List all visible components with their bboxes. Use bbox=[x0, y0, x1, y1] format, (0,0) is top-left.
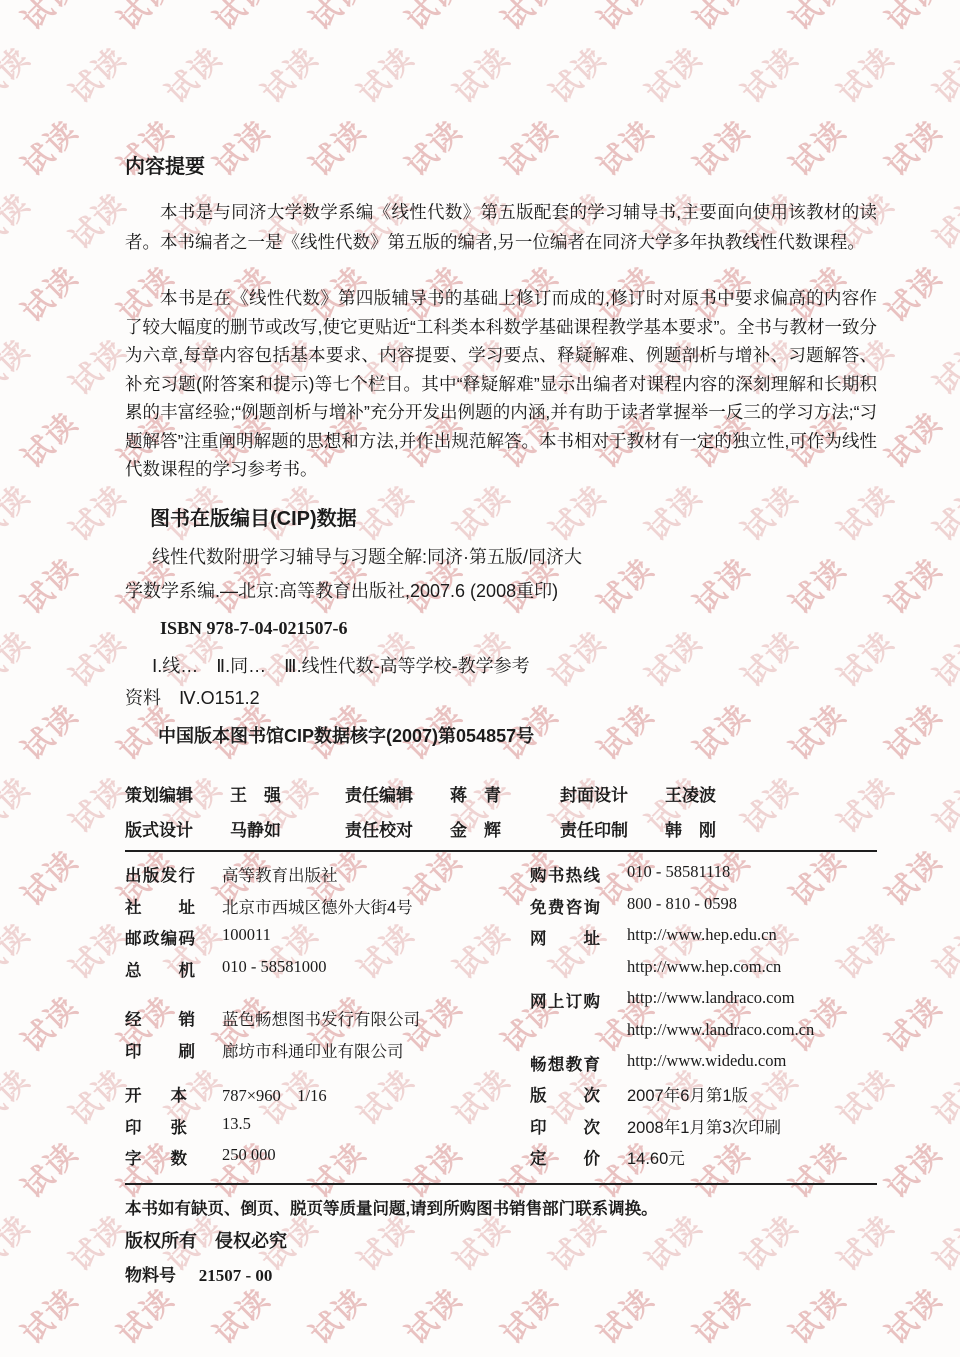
info-label: 出版发行 bbox=[125, 862, 195, 886]
watermark-text: 试读 bbox=[58, 35, 134, 111]
watermark-text: 试读 bbox=[490, 108, 566, 184]
website-url: http://www.landraco.com bbox=[627, 988, 795, 1007]
website-url: http://www.widedu.com bbox=[627, 1051, 786, 1070]
watermark-text: 试读 bbox=[10, 400, 86, 476]
watermark-text: 试读 bbox=[490, 1276, 566, 1352]
cip-description-line2: 学数学系编.—北京:高等教育出版社,2007.6 (2008重印) bbox=[125, 574, 745, 608]
watermark-text: 试读 bbox=[58, 327, 134, 403]
specs-right-column: 版次2007年6月第1版 印次2008年1月第3次印刷 定价14.60元 bbox=[530, 1082, 781, 1177]
info-label: 社址 bbox=[125, 894, 195, 918]
credits-row-2: 版式设计马静如 责任校对金 辉 责任印制韩 刚 bbox=[125, 816, 885, 841]
info-row: 畅想教育http://www.widedu.com bbox=[530, 1051, 814, 1083]
info-value: 2007年6月第1版 bbox=[627, 1087, 748, 1105]
watermark-text: 试读 bbox=[874, 692, 950, 768]
watermark-text: 试读 bbox=[682, 692, 758, 768]
info-value: 北京市西城区德外大街4号 bbox=[222, 899, 413, 917]
credit-label: 责任印制 bbox=[560, 816, 665, 841]
info-value: 010 - 58581118 bbox=[627, 862, 730, 881]
info-value: 100011 bbox=[222, 925, 271, 944]
watermark-text: 试读 bbox=[298, 0, 374, 38]
info-label: 畅想教育 bbox=[530, 1051, 600, 1075]
watermark-text: 试读 bbox=[586, 108, 662, 184]
info-row: 购书热线010 - 58581118 bbox=[530, 862, 814, 894]
watermark-text: 试读 bbox=[778, 546, 854, 622]
info-value: 787×960 1/16 bbox=[222, 1086, 327, 1105]
watermark-text: 试读 bbox=[778, 1276, 854, 1352]
info-value: 廊坊市科通印业有限公司 bbox=[222, 1043, 404, 1061]
cip-description-line1: 线性代数附册学习辅导与习题全解:同济·第五版/同济大 bbox=[125, 540, 745, 574]
watermark-text: 试读 bbox=[0, 35, 38, 111]
info-label: 定价 bbox=[530, 1145, 600, 1169]
info-label: 经销 bbox=[125, 1006, 195, 1030]
credit-item: 策划编辑王 强 bbox=[125, 781, 345, 806]
watermark-text: 试读 bbox=[10, 1130, 86, 1206]
watermark-text: 试读 bbox=[874, 254, 950, 330]
watermark-text: 试读 bbox=[442, 911, 518, 987]
watermark-text: 试读 bbox=[0, 181, 38, 257]
info-label: 购书热线 bbox=[530, 862, 600, 886]
watermark-text: 试读 bbox=[202, 1276, 278, 1352]
item-number-label: 物料号 bbox=[125, 1266, 176, 1285]
watermark-text: 试读 bbox=[0, 473, 38, 549]
watermark-text: 试读 bbox=[682, 108, 758, 184]
watermark-text: 试读 bbox=[58, 1057, 134, 1133]
info-row: 出版发行高等教育出版社 bbox=[125, 862, 420, 894]
watermark-text: 试读 bbox=[874, 546, 950, 622]
watermark-text: 试读 bbox=[922, 619, 960, 695]
info-value: 800 - 810 - 0598 bbox=[627, 894, 737, 913]
book-copyright-page: 试读试读试读试读试读试读试读试读试读试读试读试读试读试读试读试读试读试读试读试读… bbox=[0, 0, 960, 1357]
watermark-text: 试读 bbox=[826, 1057, 902, 1133]
watermark-text: 试读 bbox=[922, 181, 960, 257]
info-label: 印张 bbox=[125, 1114, 187, 1138]
watermark-text: 试读 bbox=[106, 1276, 182, 1352]
credit-label: 版式设计 bbox=[125, 816, 230, 841]
watermark-text: 试读 bbox=[250, 35, 326, 111]
watermark-text: 试读 bbox=[10, 984, 86, 1060]
watermark-text: 试读 bbox=[586, 0, 662, 38]
credit-item: 责任编辑蒋 青 bbox=[345, 781, 560, 806]
publisher-right-column: 购书热线010 - 58581118 免费咨询800 - 810 - 0598 … bbox=[530, 862, 814, 1083]
info-row: 免费咨询800 - 810 - 0598 bbox=[530, 894, 814, 926]
watermark-text: 试读 bbox=[0, 1203, 38, 1279]
summary-paragraph-1: 本书是与同济大学数学系编《线性代数》第五版配套的学习辅导书,主要面向使用该教材的… bbox=[125, 197, 877, 257]
watermark-text: 试读 bbox=[538, 473, 614, 549]
info-row: 印刷廊坊市科通印业有限公司 bbox=[125, 1038, 420, 1070]
website-url: http://www.hep.edu.cn bbox=[627, 925, 777, 944]
watermark-text: 试读 bbox=[58, 1203, 134, 1279]
info-row: 开本787×960 1/16 bbox=[125, 1082, 327, 1114]
watermark-text: 试读 bbox=[10, 254, 86, 330]
info-row: 总机010 - 58581000 bbox=[125, 957, 420, 989]
credit-item: 责任印制韩 刚 bbox=[560, 816, 716, 841]
watermark-text: 试读 bbox=[346, 473, 422, 549]
watermark-text: 试读 bbox=[634, 619, 710, 695]
watermark-text: 试读 bbox=[634, 473, 710, 549]
watermark-text: 试读 bbox=[394, 0, 470, 38]
item-number-value: 21507 - 00 bbox=[199, 1266, 273, 1285]
watermark-text: 试读 bbox=[394, 1276, 470, 1352]
info-value: 高等教育出版社 bbox=[222, 867, 338, 885]
website-url: http://www.hep.com.cn bbox=[627, 957, 781, 976]
watermark-text: 试读 bbox=[874, 838, 950, 914]
info-row: 印张13.5 bbox=[125, 1114, 327, 1146]
publisher-left-column: 出版发行高等教育出版社 社址北京市西城区德外大街4号 邮政编码100011 总机… bbox=[125, 862, 420, 1069]
credit-name: 韩 刚 bbox=[665, 821, 716, 840]
watermark-text: 试读 bbox=[634, 35, 710, 111]
watermark-text: 试读 bbox=[394, 108, 470, 184]
watermark-text: 试读 bbox=[730, 1203, 806, 1279]
info-value: 010 - 58581000 bbox=[222, 957, 327, 976]
watermark-text: 试读 bbox=[0, 619, 38, 695]
watermark-text: 试读 bbox=[58, 765, 134, 841]
watermark-text: 试读 bbox=[490, 0, 566, 38]
info-row: 网址http://www.hep.edu.cn bbox=[530, 925, 814, 957]
quality-notice: 本书如有缺页、倒页、脱页等质量问题,请到所购图书销售部门联系调换。 bbox=[125, 1195, 658, 1219]
info-row: 网上订购http://www.landraco.com bbox=[530, 988, 814, 1020]
watermark-text: 试读 bbox=[442, 1057, 518, 1133]
credit-name: 蒋 青 bbox=[450, 786, 501, 805]
summary-paragraph-2: 本书是在《线性代数》第四版辅导书的基础上修订而成的,修订时对原书中要求偏高的内容… bbox=[125, 284, 877, 484]
info-label: 网址 bbox=[530, 925, 600, 949]
divider-line-bottom bbox=[125, 1183, 877, 1185]
watermark-text: 试读 bbox=[442, 35, 518, 111]
watermark-text: 试读 bbox=[10, 108, 86, 184]
info-label: 字数 bbox=[125, 1145, 187, 1169]
watermark-text: 试读 bbox=[58, 181, 134, 257]
watermark-text: 试读 bbox=[202, 0, 278, 38]
watermark-text: 试读 bbox=[922, 911, 960, 987]
watermark-text: 试读 bbox=[826, 1203, 902, 1279]
watermark-text: 试读 bbox=[58, 911, 134, 987]
watermark-text: 试读 bbox=[778, 108, 854, 184]
watermark-text: 试读 bbox=[730, 619, 806, 695]
watermark-text: 试读 bbox=[922, 35, 960, 111]
credit-label: 封面设计 bbox=[560, 781, 665, 806]
info-label: 总机 bbox=[125, 957, 195, 981]
watermark-text: 试读 bbox=[826, 619, 902, 695]
info-row: http://www.landraco.com.cn bbox=[530, 1020, 814, 1052]
cip-classification-line1: Ⅰ.线… Ⅱ.同… Ⅲ.线性代数-高等学校-教学参考 bbox=[152, 649, 530, 683]
credit-item: 责任校对金 辉 bbox=[345, 816, 560, 841]
credit-label: 责任编辑 bbox=[345, 781, 450, 806]
watermark-text: 试读 bbox=[586, 1276, 662, 1352]
watermark-text: 试读 bbox=[106, 0, 182, 38]
watermark-text: 试读 bbox=[154, 35, 230, 111]
copyright-statement: 版权所有 侵权必究 bbox=[125, 1227, 287, 1253]
specs-left-column: 开本787×960 1/16 印张13.5 字数250 000 bbox=[125, 1082, 327, 1177]
info-row: 印次2008年1月第3次印刷 bbox=[530, 1114, 781, 1146]
cip-heading: 图书在版编目(CIP)数据 bbox=[150, 502, 357, 531]
credits-row-1: 策划编辑王 强 责任编辑蒋 青 封面设计王凌波 bbox=[125, 781, 885, 806]
watermark-text: 试读 bbox=[922, 327, 960, 403]
watermark-text: 试读 bbox=[0, 1057, 38, 1133]
watermark-text: 试读 bbox=[778, 1130, 854, 1206]
watermark-text: 试读 bbox=[874, 108, 950, 184]
watermark-text: 试读 bbox=[682, 0, 758, 38]
watermark-text: 试读 bbox=[826, 473, 902, 549]
watermark-text: 试读 bbox=[10, 838, 86, 914]
watermark-text: 试读 bbox=[538, 35, 614, 111]
watermark-text: 试读 bbox=[778, 692, 854, 768]
info-value: 2008年1月第3次印刷 bbox=[627, 1119, 781, 1137]
credit-label: 策划编辑 bbox=[125, 781, 230, 806]
info-value: 13.5 bbox=[222, 1114, 251, 1133]
info-row: http://www.hep.com.cn bbox=[530, 957, 814, 989]
watermark-text: 试读 bbox=[586, 692, 662, 768]
watermark-text: 试读 bbox=[874, 1130, 950, 1206]
credit-name: 王 强 bbox=[230, 786, 281, 805]
info-label: 开本 bbox=[125, 1082, 187, 1106]
watermark-text: 试读 bbox=[682, 1276, 758, 1352]
watermark-text: 试读 bbox=[874, 1276, 950, 1352]
watermark-text: 试读 bbox=[298, 1276, 374, 1352]
info-label: 免费咨询 bbox=[530, 894, 600, 918]
credit-name: 王凌波 bbox=[665, 786, 716, 805]
info-label: 网上订购 bbox=[530, 988, 600, 1012]
watermark-text: 试读 bbox=[778, 0, 854, 38]
credit-name: 金 辉 bbox=[450, 821, 501, 840]
isbn: ISBN 978-7-04-021507-6 bbox=[160, 611, 348, 645]
watermark-text: 试读 bbox=[730, 473, 806, 549]
info-row: 字数250 000 bbox=[125, 1145, 327, 1177]
watermark-text: 试读 bbox=[922, 1057, 960, 1133]
info-label: 印次 bbox=[530, 1114, 600, 1138]
divider-line-top bbox=[125, 850, 877, 852]
watermark-text: 试读 bbox=[58, 473, 134, 549]
credit-label: 责任校对 bbox=[345, 816, 450, 841]
watermark-text: 试读 bbox=[874, 400, 950, 476]
info-label: 版次 bbox=[530, 1082, 600, 1106]
watermark-text: 试读 bbox=[10, 1276, 86, 1352]
cip-classification-line2: 资料 Ⅳ.O151.2 bbox=[125, 681, 260, 715]
watermark-text: 试读 bbox=[874, 984, 950, 1060]
info-row: 经销蓝色畅想图书发行有限公司 bbox=[125, 1006, 420, 1038]
watermark-text: 试读 bbox=[0, 327, 38, 403]
watermark-text: 试读 bbox=[922, 765, 960, 841]
info-value: 14.60元 bbox=[627, 1150, 685, 1168]
watermark-text: 试读 bbox=[298, 108, 374, 184]
watermark-text: 试读 bbox=[10, 546, 86, 622]
credit-name: 马静如 bbox=[230, 821, 281, 840]
info-row: 邮政编码100011 bbox=[125, 925, 420, 957]
watermark-text: 试读 bbox=[730, 35, 806, 111]
cip-record-number: 中国版本图书馆CIP数据核字(2007)第054857号 bbox=[158, 719, 534, 753]
info-row: 版次2007年6月第1版 bbox=[530, 1082, 781, 1114]
watermark-text: 试读 bbox=[346, 35, 422, 111]
watermark-text: 试读 bbox=[442, 473, 518, 549]
credit-item: 版式设计马静如 bbox=[125, 816, 345, 841]
watermark-text: 试读 bbox=[58, 619, 134, 695]
watermark-text: 试读 bbox=[10, 0, 86, 38]
credit-item: 封面设计王凌波 bbox=[560, 781, 716, 806]
watermark-text: 试读 bbox=[922, 1203, 960, 1279]
info-row: 社址北京市西城区德外大街4号 bbox=[125, 894, 420, 926]
watermark-text: 试读 bbox=[0, 911, 38, 987]
watermark-text: 试读 bbox=[826, 911, 902, 987]
watermark-text: 试读 bbox=[10, 692, 86, 768]
info-row: 定价14.60元 bbox=[530, 1145, 781, 1177]
watermark-text: 试读 bbox=[826, 35, 902, 111]
watermark-text: 试读 bbox=[202, 108, 278, 184]
info-label: 邮政编码 bbox=[125, 925, 195, 949]
watermark-text: 试读 bbox=[538, 619, 614, 695]
info-value: 250 000 bbox=[222, 1145, 276, 1164]
website-url: http://www.landraco.com.cn bbox=[627, 1020, 814, 1039]
info-label: 印刷 bbox=[125, 1038, 195, 1062]
watermark-text: 试读 bbox=[0, 765, 38, 841]
watermark-text: 试读 bbox=[922, 473, 960, 549]
watermark-text: 试读 bbox=[874, 0, 950, 38]
summary-heading: 内容提要 bbox=[125, 150, 205, 179]
info-value: 蓝色畅想图书发行有限公司 bbox=[222, 1011, 420, 1029]
